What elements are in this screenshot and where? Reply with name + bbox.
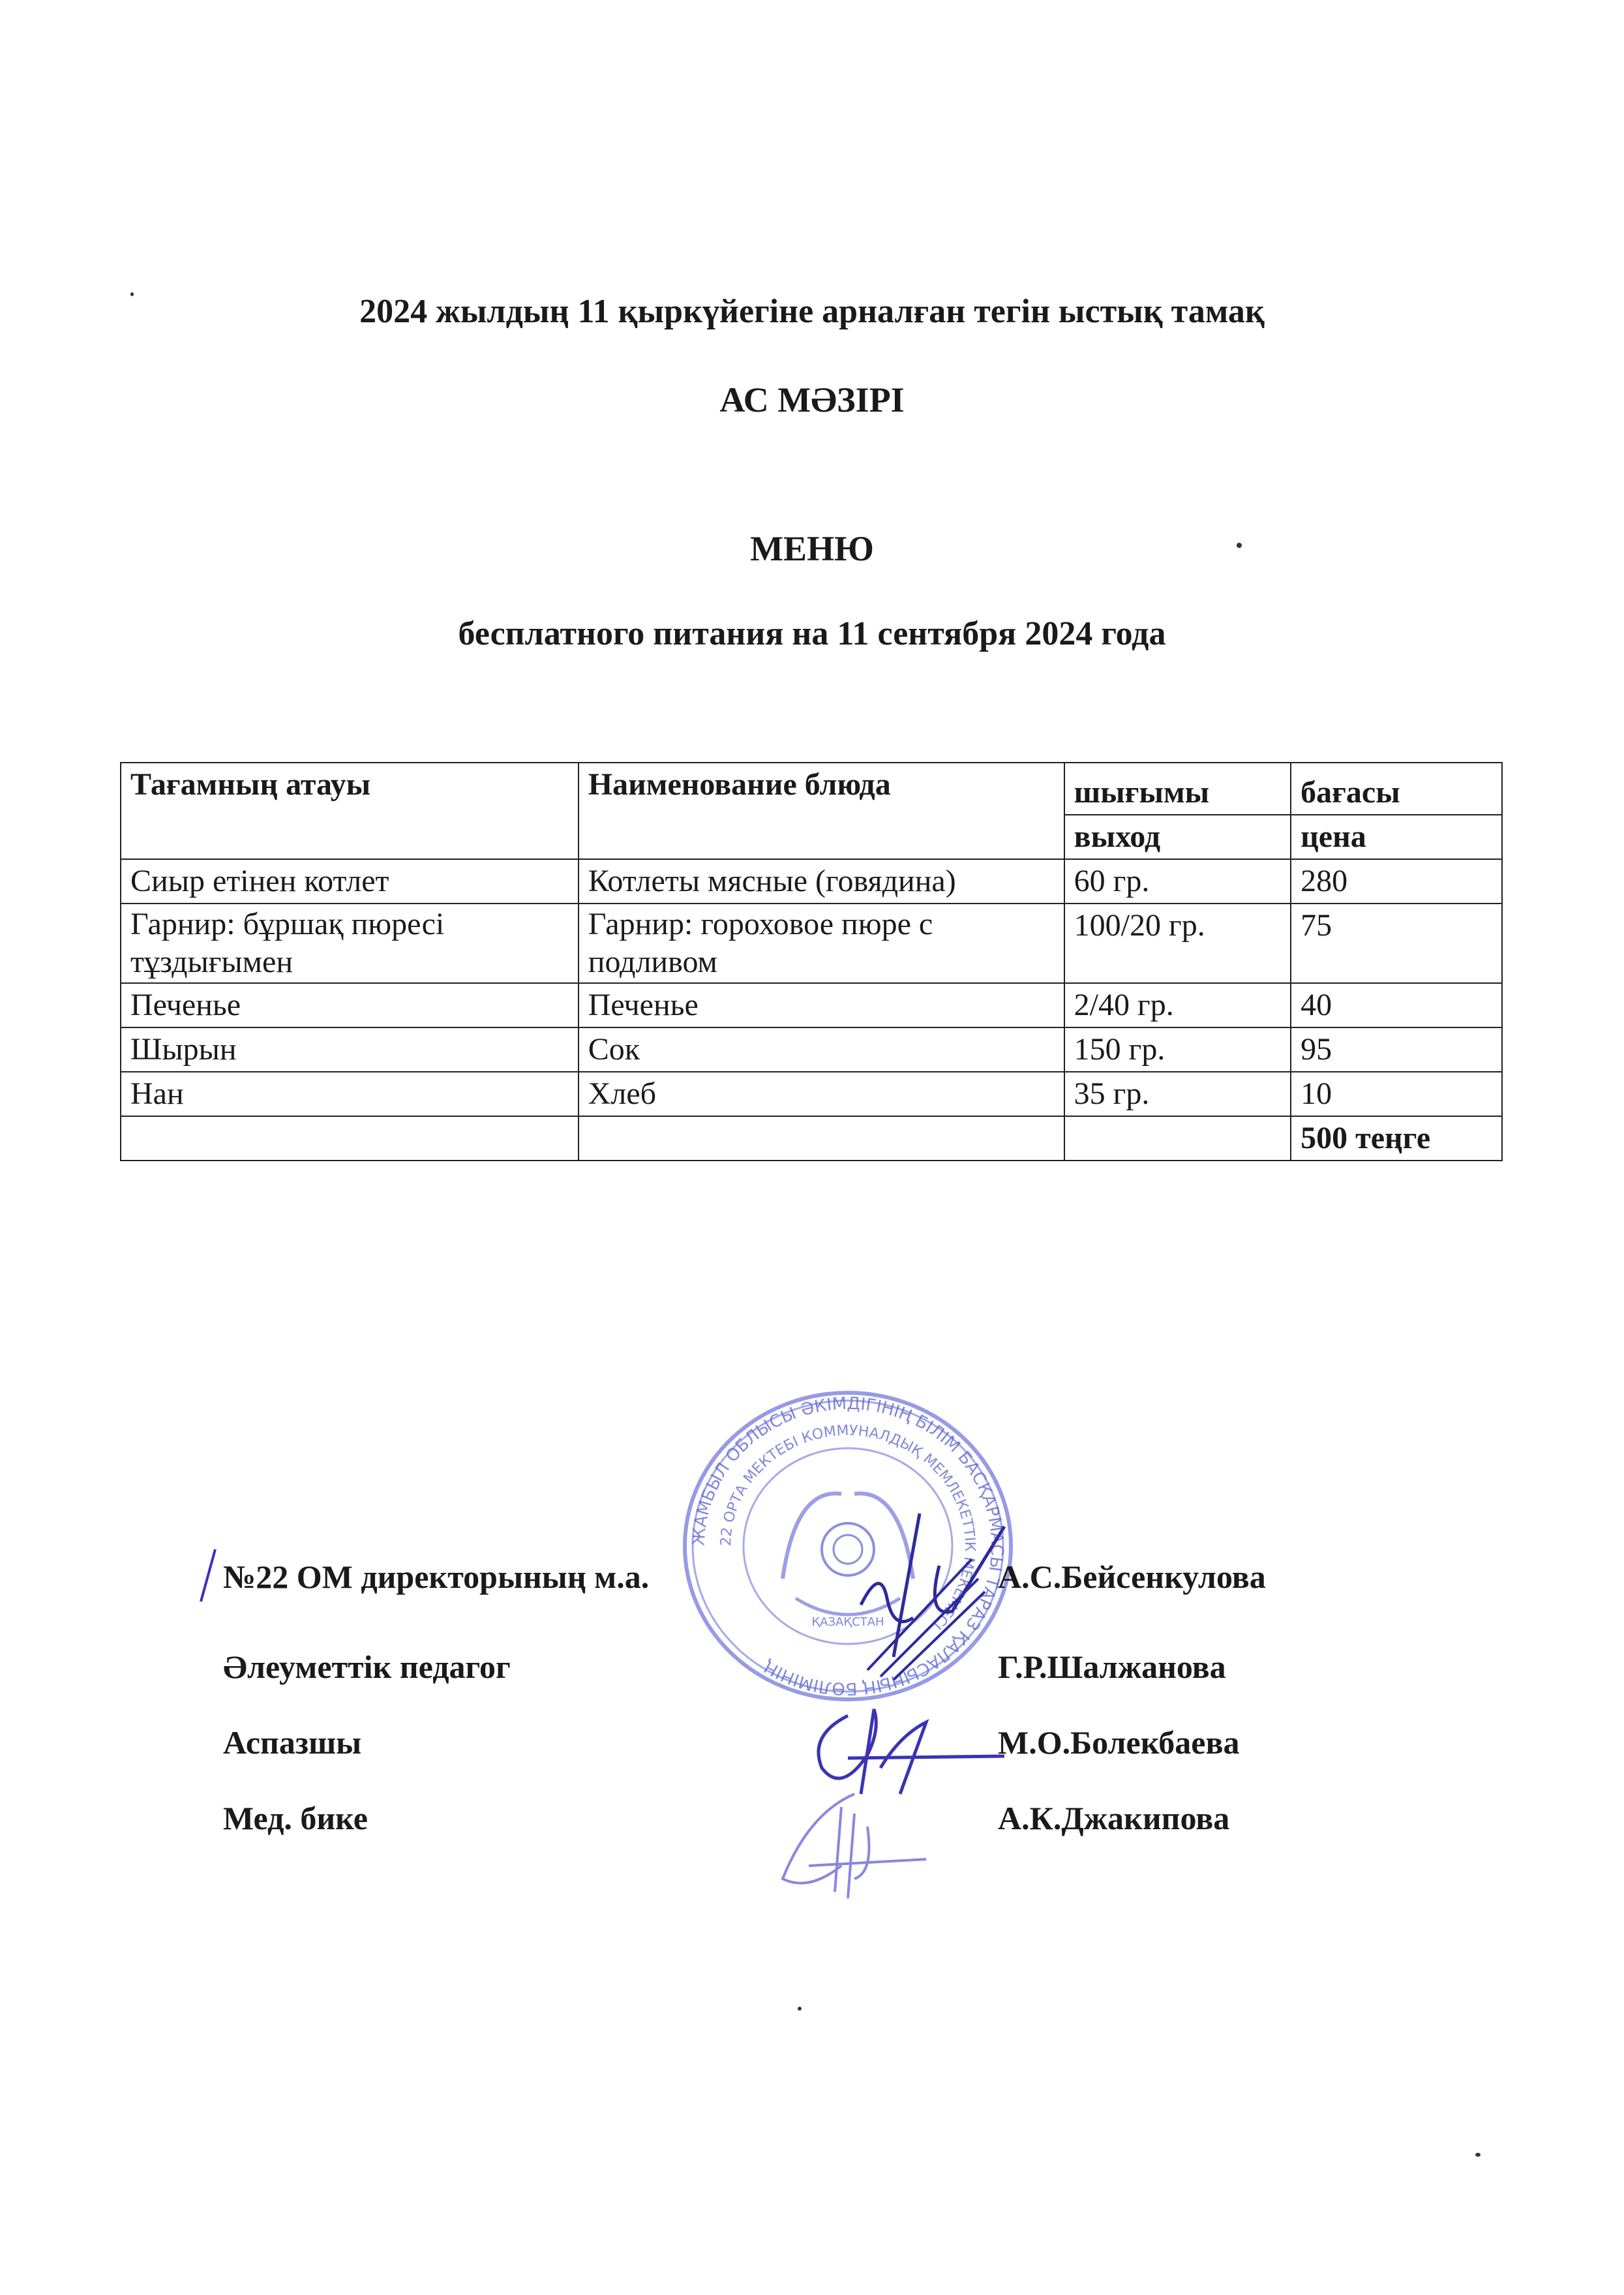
cell-yield: 2/40 гр. [1064, 983, 1291, 1027]
header-yield-kz: шығымы [1064, 763, 1291, 815]
signature-role-director: №22 ОМ директорының м.а. [223, 1558, 649, 1596]
cell-price: 40 [1291, 983, 1502, 1027]
cell-name-ru: Сок [579, 1027, 1064, 1072]
table-total-row: 500 теңге [121, 1116, 1502, 1161]
table-row: Гарнир: бұршақ пюресі тұздығымен Гарнир:… [121, 904, 1502, 983]
scan-speck [130, 292, 134, 296]
cell-price: 280 [1291, 859, 1502, 904]
header-name-ru: Наименование блюда [579, 763, 1064, 859]
total-price: 500 теңге [1291, 1116, 1502, 1161]
signature-name-social-pedagogue: Г.Р.Шалжанова [998, 1648, 1226, 1686]
cell-yield: 60 гр. [1064, 859, 1291, 904]
subtitle-ru: бесплатного питания на 11 сентября 2024 … [0, 615, 1624, 653]
header-price-ru: цена [1291, 815, 1502, 859]
table-row: Шырын Сок 150 гр. 95 [121, 1027, 1502, 1072]
cell-price: 10 [1291, 1072, 1502, 1116]
tick-mark-icon [196, 1546, 222, 1605]
menu-table: Тағамның атауы Наименование блюда шығымы… [120, 762, 1503, 1161]
header-name-kz: Тағамның атауы [121, 763, 579, 859]
table-row: Печенье Печенье 2/40 гр. 40 [121, 983, 1502, 1027]
cell-name-ru: Хлеб [579, 1072, 1064, 1116]
cell-price: 75 [1291, 904, 1502, 983]
signature-name-cook: М.О.Болекбаева [998, 1724, 1239, 1761]
signature-name-director: А.С.Бейсенкулова [998, 1558, 1266, 1596]
cell-empty [121, 1116, 579, 1161]
scan-speck [1475, 2153, 1481, 2157]
signature-name-nurse: А.К.Джакипова [998, 1799, 1229, 1837]
signature-role-nurse: Мед. бике [223, 1799, 368, 1837]
cell-yield: 150 гр. [1064, 1027, 1291, 1072]
cell-yield: 35 гр. [1064, 1072, 1291, 1116]
cell-name-kz: Печенье [121, 983, 579, 1027]
scan-speck [798, 2007, 802, 2011]
cook-signature-icon [809, 1696, 1004, 1801]
cell-name-ru: Гарнир: гороховое пюре с подливом [579, 904, 1064, 983]
table-row: Сиыр етінен котлет Котлеты мясные (говяд… [121, 859, 1502, 904]
table-row: Нан Хлеб 35 гр. 10 [121, 1072, 1502, 1116]
director-signature-icon [841, 1487, 1011, 1683]
table-header-row: Тағамның атауы Наименование блюда шығымы… [121, 763, 1502, 815]
cell-yield: 100/20 гр. [1064, 904, 1291, 983]
title-ru: МЕНЮ [0, 528, 1624, 569]
cell-name-kz: Сиыр етінен котлет [121, 859, 579, 904]
nurse-signature-icon [770, 1787, 933, 1905]
header-yield-ru: выход [1064, 815, 1291, 859]
cell-name-kz: Шырын [121, 1027, 579, 1072]
cell-name-ru: Котлеты мясные (говядина) [579, 859, 1064, 904]
cell-name-kz: Гарнир: бұршақ пюресі тұздығымен [121, 904, 579, 983]
cell-empty [1064, 1116, 1291, 1161]
signature-role-cook: Аспазшы [223, 1724, 361, 1761]
cell-price: 95 [1291, 1027, 1502, 1072]
signature-role-social-pedagogue: Әлеуметтік педагог [223, 1648, 511, 1686]
cell-name-kz: Нан [121, 1072, 579, 1116]
cell-name-ru: Печенье [579, 983, 1064, 1027]
title-kz: 2024 жылдың 11 қыркүйегіне арналған тегі… [0, 292, 1624, 331]
cell-empty [579, 1116, 1064, 1161]
scan-speck [1237, 543, 1242, 548]
header-price-kz: бағасы [1291, 763, 1502, 815]
subtitle-kz: АС МӘЗІРІ [0, 380, 1624, 420]
